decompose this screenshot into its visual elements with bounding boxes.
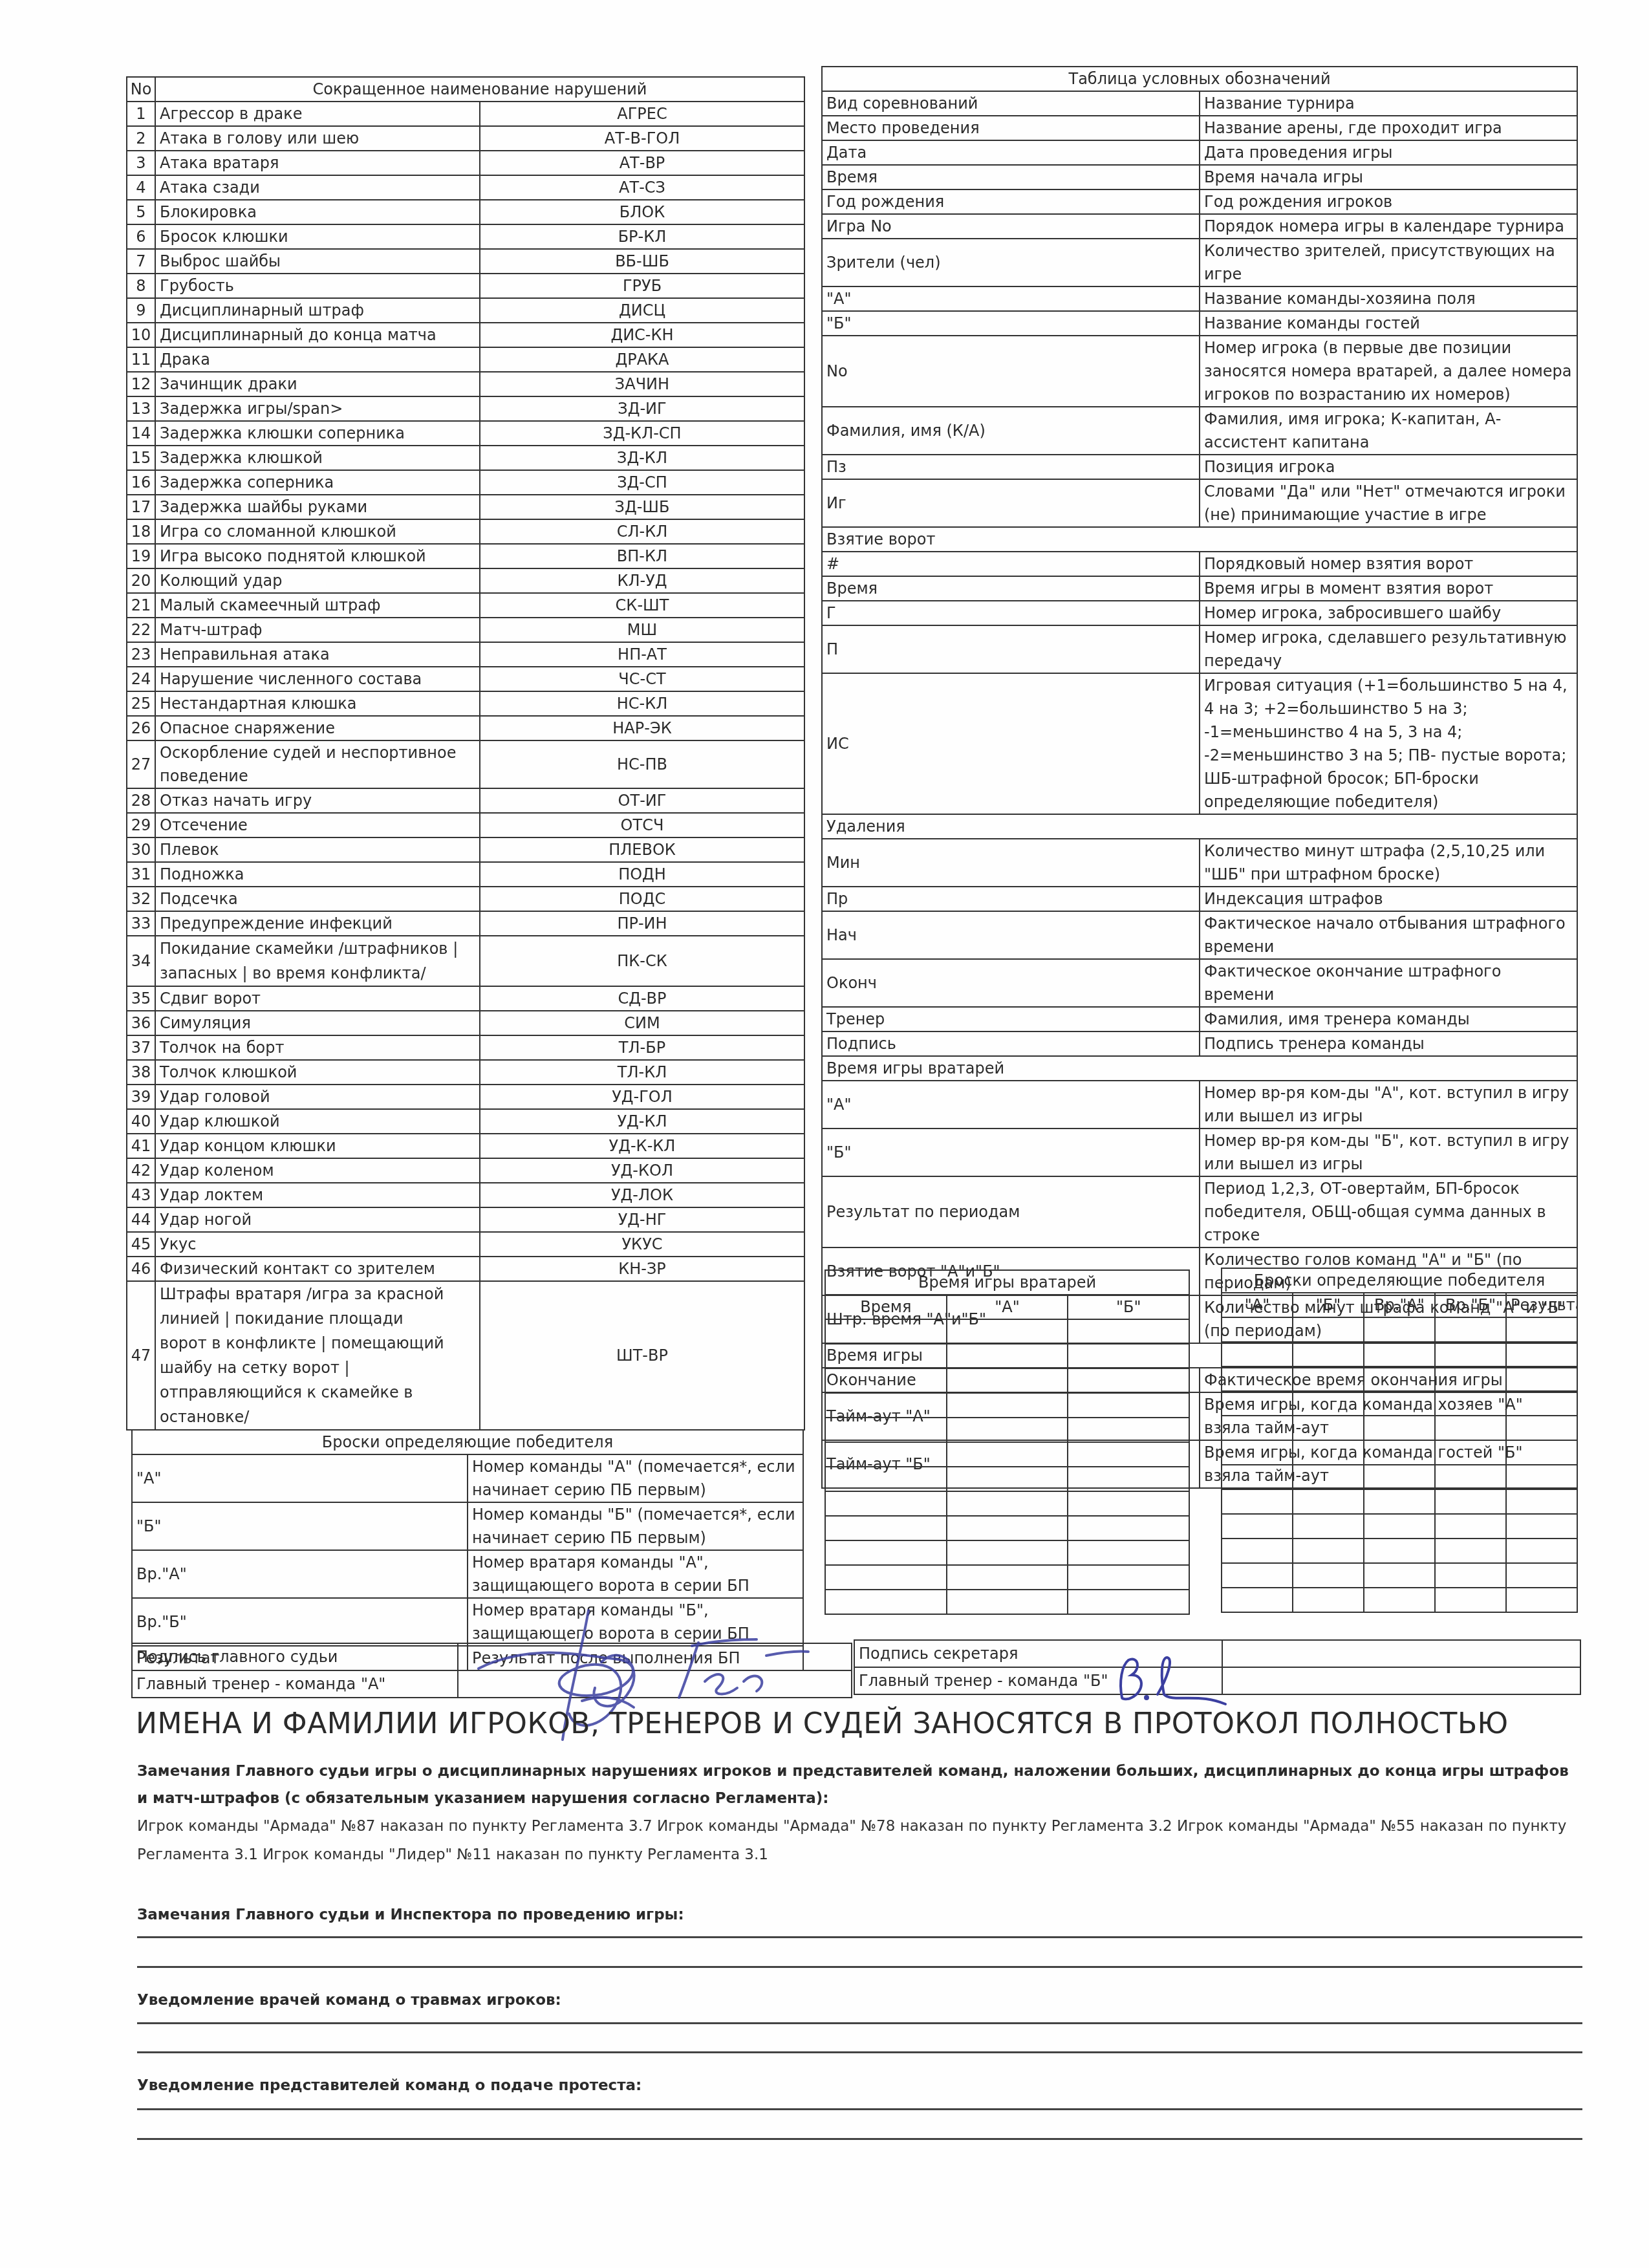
violation-code: АГРЕС: [480, 102, 804, 126]
shootout-cell[interactable]: [1506, 1514, 1577, 1539]
goalie-time-cell[interactable]: [825, 1565, 947, 1590]
violation-code: ОТСЧ: [480, 813, 804, 837]
shootout-cell[interactable]: [1435, 1317, 1506, 1342]
legend-key: Иг: [822, 479, 1200, 527]
legend-description: Название команды-хозяина поля: [1200, 286, 1577, 311]
legend-row: Вид соревнованийНазвание турнира: [822, 91, 1577, 116]
shootout-cell[interactable]: [1506, 1366, 1577, 1391]
violation-name: Колющий удар: [155, 568, 480, 593]
violation-number: 45: [127, 1232, 155, 1257]
goalie-time-cell[interactable]: [1068, 1368, 1189, 1393]
shootout-cell[interactable]: [1435, 1539, 1506, 1563]
shootout-cell[interactable]: [1506, 1539, 1577, 1563]
violation-row: 24Нарушение численного составаЧС-СТ: [127, 667, 804, 691]
goalie-time-cell[interactable]: [1068, 1467, 1189, 1491]
shootout-cell[interactable]: [1506, 1440, 1577, 1465]
goalie-time-cell[interactable]: [1068, 1491, 1189, 1516]
protest-line-1[interactable]: [137, 2108, 1582, 2110]
violation-number: 29: [127, 813, 155, 837]
referee-remarks-title: Замечания Главного судьи игры о дисципли…: [137, 1758, 1579, 1812]
violation-row: 33Предупреждение инфекцийПР-ИН: [127, 911, 804, 936]
shootout-cell[interactable]: [1435, 1440, 1506, 1465]
violation-row: 29ОтсечениеОТСЧ: [127, 813, 804, 837]
shootout-row: [1222, 1539, 1577, 1563]
goalie-time-cell[interactable]: [1068, 1442, 1189, 1467]
shootout-cell[interactable]: [1435, 1391, 1506, 1416]
goalie-time-cell[interactable]: [947, 1565, 1068, 1590]
shootout-cell[interactable]: [1364, 1416, 1435, 1440]
legend-description: Порядок номера игры в календаре турнира: [1200, 214, 1577, 239]
violation-name: Задержка шайбы руками: [155, 495, 480, 519]
violation-row: 9Дисциплинарный штрафДИСЦ: [127, 298, 804, 323]
legend-key: "А": [822, 1081, 1200, 1129]
violation-code: СЛ-КЛ: [480, 519, 804, 544]
goalie-time-cell[interactable]: [1068, 1319, 1189, 1344]
shootout-legend-key: Вр."А": [132, 1550, 468, 1598]
shootout-row: [1222, 1465, 1577, 1489]
goalie-time-cell[interactable]: [1068, 1565, 1189, 1590]
legend-row: Результат по периодамПериод 1,2,3, ОТ-ов…: [822, 1176, 1577, 1247]
violation-number: 4: [127, 175, 155, 200]
shootout-column-header: Результат: [1506, 1293, 1577, 1317]
violation-name: Отсечение: [155, 813, 480, 837]
shootout-cell[interactable]: [1364, 1563, 1435, 1588]
legend-row: ПодписьПодпись тренера команды: [822, 1031, 1577, 1056]
goalie-time-cell[interactable]: [825, 1467, 947, 1491]
signature-table-right: Подпись секретаря Главный тренер - коман…: [854, 1639, 1581, 1695]
secretary-label: Подпись секретаря: [854, 1640, 1222, 1667]
violation-code: КЛ-УД: [480, 568, 804, 593]
violation-name: Укус: [155, 1232, 480, 1257]
violation-name: Зачинщик драки: [155, 372, 480, 396]
violation-code: ГРУБ: [480, 274, 804, 298]
legend-row: ОкончФактическое окончание штрафного вре…: [822, 959, 1577, 1007]
legend-description: Количество зрителей, присутствующих на и…: [1200, 239, 1577, 286]
legend-row: ДатаДата проведения игры: [822, 140, 1577, 165]
goalie-time-cell[interactable]: [947, 1442, 1068, 1467]
violation-code: ОТ-ИГ: [480, 788, 804, 813]
legend-section-title: Время игры вратарей: [822, 1056, 1577, 1081]
legend-description: Порядковый номер взятия ворот: [1200, 552, 1577, 576]
legend-description: Период 1,2,3, ОТ-овертайм, БП-бросок поб…: [1200, 1176, 1577, 1247]
violation-code: ЗД-КЛ-СП: [480, 421, 804, 446]
legend-row: ГНомер игрока, забросившего шайбу: [822, 601, 1577, 625]
goalie-time-cell[interactable]: [947, 1393, 1068, 1418]
violation-code: ТЛ-БР: [480, 1035, 804, 1060]
legend-description: Фактическое начало отбывания штрафного в…: [1200, 911, 1577, 959]
violation-row: 37Толчок на бортТЛ-БР: [127, 1035, 804, 1060]
goalie-time-cell[interactable]: [825, 1418, 947, 1442]
violation-code: АТ-В-ГОЛ: [480, 126, 804, 151]
goalie-time-cell[interactable]: [825, 1491, 947, 1516]
legend-key: П: [822, 625, 1200, 673]
shootout-column-header: "А": [1222, 1293, 1293, 1317]
violations-table: No Сокращенное наименование нарушений 1А…: [126, 76, 805, 1431]
violation-number: 3: [127, 151, 155, 175]
violation-row: 1Агрессор в дракеАГРЕС: [127, 102, 804, 126]
shootout-row: [1222, 1563, 1577, 1588]
violation-row: 43Удар локтемУД-ЛОК: [127, 1183, 804, 1207]
violation-code: УКУС: [480, 1232, 804, 1257]
violation-number: 30: [127, 837, 155, 862]
shootout-cell[interactable]: [1435, 1489, 1506, 1514]
violation-number: 26: [127, 716, 155, 740]
shootout-cell[interactable]: [1435, 1366, 1506, 1391]
violation-code: МШ: [480, 618, 804, 642]
goalie-time-column-header: "А": [947, 1295, 1068, 1319]
legend-description: Название команды гостей: [1200, 311, 1577, 336]
violation-code: ПОДН: [480, 862, 804, 887]
shootout-cell[interactable]: [1364, 1489, 1435, 1514]
violation-code: НАР-ЭК: [480, 716, 804, 740]
shootout-cell[interactable]: [1364, 1317, 1435, 1342]
violation-name: Дисциплинарный до конца матча: [155, 323, 480, 347]
protest-line-2[interactable]: [137, 2138, 1582, 2140]
violation-number: 33: [127, 911, 155, 936]
shootout-legend-row: "А"Номер команды "А" (помечается*, если …: [132, 1454, 803, 1502]
legend-description: Дата проведения игры: [1200, 140, 1577, 165]
shootout-legend-description: Номер вратаря команды "Б", защищающего в…: [468, 1598, 803, 1646]
legend-description: Количество минут штрафа (2,5,10,25 или "…: [1200, 839, 1577, 887]
violation-code: ПОДС: [480, 887, 804, 911]
shootout-cell[interactable]: [1364, 1440, 1435, 1465]
shootout-cell[interactable]: [1293, 1416, 1364, 1440]
shootout-cell[interactable]: [1293, 1539, 1364, 1563]
violation-code: ДИСЦ: [480, 298, 804, 323]
violation-row: 25Нестандартная клюшкаНС-КЛ: [127, 691, 804, 716]
shootout-cell[interactable]: [1222, 1514, 1293, 1539]
violation-code: СИМ: [480, 1011, 804, 1035]
violation-number: 38: [127, 1060, 155, 1085]
legend-key: Результат по периодам: [822, 1176, 1200, 1247]
violation-name: Штрафы вратаря /игра за красной линией |…: [155, 1281, 480, 1430]
goalie-time-cell[interactable]: [825, 1393, 947, 1418]
violation-name: Опасное снаряжение: [155, 716, 480, 740]
goalie-time-cell[interactable]: [947, 1319, 1068, 1344]
violation-number: 13: [127, 396, 155, 421]
shootout-cell[interactable]: [1435, 1563, 1506, 1588]
violation-row: 3Атака вратаряАТ-ВР: [127, 151, 804, 175]
legend-key: "Б": [822, 311, 1200, 336]
shootout-cell[interactable]: [1506, 1317, 1577, 1342]
violation-name: Задержка соперника: [155, 470, 480, 495]
violation-name: Физический контакт со зрителем: [155, 1257, 480, 1281]
inspector-remarks-title: Замечания Главного судьи и Инспектора по…: [137, 1906, 684, 1923]
goalie-time-row: [825, 1319, 1189, 1344]
violation-number: 35: [127, 986, 155, 1011]
shootout-cell[interactable]: [1435, 1588, 1506, 1612]
shootout-cell[interactable]: [1293, 1440, 1364, 1465]
violation-code: ДИС-КН: [480, 323, 804, 347]
legend-description: Словами "Да" или "Нет" отмечаются игроки…: [1200, 479, 1577, 527]
violation-name: Задержка клюшкой: [155, 446, 480, 470]
legend-key: #: [822, 552, 1200, 576]
goalie-time-cell[interactable]: [1068, 1516, 1189, 1540]
full-names-notice: ИМЕНА И ФАМИЛИИ ИГРОКОВ, ТРЕНЕРОВ И СУДЕ…: [136, 1707, 1509, 1740]
shootout-cell[interactable]: [1364, 1588, 1435, 1612]
shootout-cell[interactable]: [1222, 1465, 1293, 1489]
goalie-time-cell[interactable]: [947, 1540, 1068, 1565]
shootout-cell[interactable]: [1222, 1588, 1293, 1612]
shootout-cell[interactable]: [1222, 1489, 1293, 1514]
violation-row: 10Дисциплинарный до конца матчаДИС-КН: [127, 323, 804, 347]
shootout-row: [1222, 1514, 1577, 1539]
injuries-line-1[interactable]: [137, 2022, 1582, 2024]
violation-number: 19: [127, 544, 155, 568]
legend-section-row: Время игры вратарей: [822, 1056, 1577, 1081]
violation-number: 12: [127, 372, 155, 396]
shootout-cell[interactable]: [1506, 1391, 1577, 1416]
legend-key: Зрители (чел): [822, 239, 1200, 286]
legend-key: Время: [822, 165, 1200, 189]
shootout-cell[interactable]: [1293, 1514, 1364, 1539]
goalie-time-cell[interactable]: [825, 1590, 947, 1614]
violation-row: 36СимуляцияСИМ: [127, 1011, 804, 1035]
coach-a-label: Главный тренер - команда "А": [132, 1670, 458, 1698]
goalie-time-cell[interactable]: [947, 1491, 1068, 1516]
shootout-cell[interactable]: [1222, 1539, 1293, 1563]
goalie-time-cell[interactable]: [947, 1368, 1068, 1393]
shootout-row: [1222, 1366, 1577, 1391]
shootout-cell[interactable]: [1364, 1465, 1435, 1489]
violation-number: 14: [127, 421, 155, 446]
violation-name: Грубость: [155, 274, 480, 298]
goalie-time-cell[interactable]: [825, 1516, 947, 1540]
violation-number: 11: [127, 347, 155, 372]
shootout-cell[interactable]: [1364, 1391, 1435, 1416]
legend-key: Год рождения: [822, 189, 1200, 214]
violation-code: ЗД-КЛ: [480, 446, 804, 470]
shootout-cell[interactable]: [1293, 1366, 1364, 1391]
violation-number: 25: [127, 691, 155, 716]
violation-name: Отказ начать игру: [155, 788, 480, 813]
goalie-time-cell[interactable]: [947, 1467, 1068, 1491]
violation-number: 20: [127, 568, 155, 593]
goalie-time-cell[interactable]: [825, 1344, 947, 1368]
violation-name: Игра высоко поднятой клюшкой: [155, 544, 480, 568]
goalie-time-row: [825, 1491, 1189, 1516]
head-referee-signature-field[interactable]: [458, 1643, 852, 1670]
violation-row: 14Задержка клюшки соперникаЗД-КЛ-СП: [127, 421, 804, 446]
shootout-cell[interactable]: [1435, 1342, 1506, 1366]
violation-code: ЗАЧИН: [480, 372, 804, 396]
violation-name: Удар клюшкой: [155, 1109, 480, 1134]
shootout-cell[interactable]: [1222, 1416, 1293, 1440]
legend-description: Индексация штрафов: [1200, 887, 1577, 911]
goalie-time-row: [825, 1344, 1189, 1368]
violation-code: ДРАКА: [480, 347, 804, 372]
shootout-cell[interactable]: [1222, 1317, 1293, 1342]
shootout-cell[interactable]: [1506, 1588, 1577, 1612]
violation-row: 5БлокировкаБЛОК: [127, 200, 804, 224]
goalie-time-row: [825, 1418, 1189, 1442]
violation-row: 35Сдвиг воротСД-ВР: [127, 986, 804, 1011]
violation-row: 22Матч-штрафМШ: [127, 618, 804, 642]
shootout-row: [1222, 1391, 1577, 1416]
violation-number: 22: [127, 618, 155, 642]
violation-row: 6Бросок клюшкиБР-КЛ: [127, 224, 804, 249]
goalie-time-cell[interactable]: [947, 1344, 1068, 1368]
inspector-remarks-line-2[interactable]: [137, 1966, 1582, 1968]
goalie-time-cell[interactable]: [1068, 1540, 1189, 1565]
legend-row: МинКоличество минут штрафа (2,5,10,25 ил…: [822, 839, 1577, 887]
referee-remarks-body[interactable]: Игрок команды "Армада" №87 наказан по пу…: [137, 1812, 1579, 1869]
shootout-cell[interactable]: [1435, 1514, 1506, 1539]
goalie-time-cell[interactable]: [1068, 1344, 1189, 1368]
legend-row: ПНомер игрока, сделавшего результативную…: [822, 625, 1577, 673]
shootout-cell[interactable]: [1222, 1366, 1293, 1391]
violation-code: НП-АТ: [480, 642, 804, 667]
legend-row: ПзПозиция игрока: [822, 455, 1577, 479]
shootout-cell[interactable]: [1293, 1342, 1364, 1366]
shootout-cell[interactable]: [1506, 1563, 1577, 1588]
shootout-cell[interactable]: [1364, 1366, 1435, 1391]
violation-name: Неправильная атака: [155, 642, 480, 667]
goalie-time-row: [825, 1590, 1189, 1614]
violation-name: Матч-штраф: [155, 618, 480, 642]
violation-name: Покидание скамейки /штрафников | запасны…: [155, 936, 480, 986]
coach-b-signature-field[interactable]: [1222, 1667, 1580, 1694]
violation-number: 40: [127, 1109, 155, 1134]
violation-row: 11ДракаДРАКА: [127, 347, 804, 372]
goalie-time-cell[interactable]: [947, 1516, 1068, 1540]
shootout-row: [1222, 1588, 1577, 1612]
shootout-cell[interactable]: [1506, 1489, 1577, 1514]
violation-name: Игра со сломанной клюшкой: [155, 519, 480, 544]
shootout-legend-description: Номер команды "А" (помечается*, если нач…: [468, 1454, 803, 1502]
shootout-cell[interactable]: [1293, 1563, 1364, 1588]
violation-number: 10: [127, 323, 155, 347]
shootout-row: [1222, 1489, 1577, 1514]
goalie-time-cell[interactable]: [947, 1418, 1068, 1442]
violation-code: УД-НГ: [480, 1207, 804, 1232]
violation-row: 38Толчок клюшкойТЛ-КЛ: [127, 1060, 804, 1085]
violation-number: 28: [127, 788, 155, 813]
shootout-cell[interactable]: [1364, 1539, 1435, 1563]
violation-number: 27: [127, 740, 155, 788]
violation-code: НС-ПВ: [480, 740, 804, 788]
violation-row: 19Игра высоко поднятой клюшкойВП-КЛ: [127, 544, 804, 568]
violation-row: 47Штрафы вратаря /игра за красной линией…: [127, 1281, 804, 1430]
legend-section-title: Удаления: [822, 814, 1577, 839]
protest-title: Уведомление представителей команд о пода…: [137, 2077, 641, 2094]
signature-table-left: Подпись главного судьи Главный тренер - …: [131, 1643, 852, 1698]
shootout-cell[interactable]: [1506, 1416, 1577, 1440]
shootout-cell[interactable]: [1222, 1563, 1293, 1588]
violation-name: Плевок: [155, 837, 480, 862]
shootout-legend-key: "Б": [132, 1502, 468, 1550]
shootout-cell[interactable]: [1293, 1489, 1364, 1514]
violation-row: 28Отказ начать игруОТ-ИГ: [127, 788, 804, 813]
shootout-cell[interactable]: [1293, 1465, 1364, 1489]
violation-name: Толчок на борт: [155, 1035, 480, 1060]
goalie-time-cell[interactable]: [825, 1319, 947, 1344]
violation-number: 18: [127, 519, 155, 544]
secretary-signature-field[interactable]: [1222, 1640, 1580, 1667]
shootout-cell[interactable]: [1293, 1391, 1364, 1416]
goalie-time-cell[interactable]: [825, 1442, 947, 1467]
shootout-cell[interactable]: [1435, 1465, 1506, 1489]
violation-code: УД-К-КЛ: [480, 1134, 804, 1158]
violation-row: 42Удар коленомУД-КОЛ: [127, 1158, 804, 1183]
violation-code: ТЛ-КЛ: [480, 1060, 804, 1085]
violation-number: 6: [127, 224, 155, 249]
shootout-cell[interactable]: [1435, 1416, 1506, 1440]
shootout-legend-row: Вр."А"Номер вратаря команды "А", защищаю…: [132, 1550, 803, 1598]
violation-name: Нарушение численного состава: [155, 667, 480, 691]
shootout-cell[interactable]: [1364, 1514, 1435, 1539]
violation-code: ПР-ИН: [480, 911, 804, 936]
legend-key: Пз: [822, 455, 1200, 479]
goalie-time-cell[interactable]: [825, 1540, 947, 1565]
goalie-time-cell[interactable]: [1068, 1590, 1189, 1614]
violation-number: 37: [127, 1035, 155, 1060]
goalie-time-cell[interactable]: [947, 1590, 1068, 1614]
violation-row: 41Удар концом клюшкиУД-К-КЛ: [127, 1134, 804, 1158]
violation-name: Атака в голову или шею: [155, 126, 480, 151]
inspector-remarks-line-1[interactable]: [137, 1936, 1582, 1938]
violation-row: 30ПлевокПЛЕВОК: [127, 837, 804, 862]
violation-name: Удар концом клюшки: [155, 1134, 480, 1158]
shootout-cell[interactable]: [1364, 1342, 1435, 1366]
violation-number: 23: [127, 642, 155, 667]
violation-code: УД-ГОЛ: [480, 1085, 804, 1109]
goalie-time-cell[interactable]: [1068, 1393, 1189, 1418]
shootout-column-header: Вр."Б": [1435, 1293, 1506, 1317]
violation-code: КН-ЗР: [480, 1257, 804, 1281]
legend-row: NoНомер игрока (в первые две позиции зан…: [822, 336, 1577, 407]
legend-key: Оконч: [822, 959, 1200, 1007]
goalie-time-cell[interactable]: [825, 1368, 947, 1393]
legend-key: Мин: [822, 839, 1200, 887]
violation-number: 41: [127, 1134, 155, 1158]
violation-number: 2: [127, 126, 155, 151]
violation-name: Дисциплинарный штраф: [155, 298, 480, 323]
legend-description: Игровая ситуация (+1=большинство 5 на 4,…: [1200, 673, 1577, 814]
goalie-time-row: [825, 1467, 1189, 1491]
shootout-legend-row: Вр."Б"Номер вратаря команды "Б", защищаю…: [132, 1598, 803, 1646]
shootout-cell[interactable]: [1222, 1440, 1293, 1465]
legend-description: Позиция игрока: [1200, 455, 1577, 479]
shootout-row: [1222, 1416, 1577, 1440]
violation-row: 2Атака в голову или шеюАТ-В-ГОЛ: [127, 126, 804, 151]
shootout-cell[interactable]: [1293, 1588, 1364, 1612]
shootout-cell[interactable]: [1506, 1342, 1577, 1366]
goalie-time-column-header: "Б": [1068, 1295, 1189, 1319]
legend-description: Номер игрока (в первые две позиции занос…: [1200, 336, 1577, 407]
violation-name: Выброс шайбы: [155, 249, 480, 274]
legend-row: #Порядковый номер взятия ворот: [822, 552, 1577, 576]
injuries-line-2[interactable]: [137, 2051, 1582, 2053]
coach-a-signature-field[interactable]: [458, 1670, 852, 1698]
goalie-time-cell[interactable]: [1068, 1418, 1189, 1442]
legend-key: Дата: [822, 140, 1200, 165]
legend-row: ВремяВремя начала игры: [822, 165, 1577, 189]
violation-code: УД-КЛ: [480, 1109, 804, 1134]
shootout-cell[interactable]: [1222, 1391, 1293, 1416]
legend-description: Название турнира: [1200, 91, 1577, 116]
shootout-cell[interactable]: [1506, 1465, 1577, 1489]
violation-name: Задержка клюшки соперника: [155, 421, 480, 446]
violations-header-title: Сокращенное наименование нарушений: [155, 77, 804, 102]
violation-row: 8ГрубостьГРУБ: [127, 274, 804, 298]
goalie-time-row: [825, 1565, 1189, 1590]
shootout-cell[interactable]: [1293, 1317, 1364, 1342]
legend-description: Время начала игры: [1200, 165, 1577, 189]
legend-title: Таблица условных обозначений: [822, 67, 1577, 91]
shootout-cell[interactable]: [1222, 1342, 1293, 1366]
violations-header-no: No: [127, 77, 155, 102]
